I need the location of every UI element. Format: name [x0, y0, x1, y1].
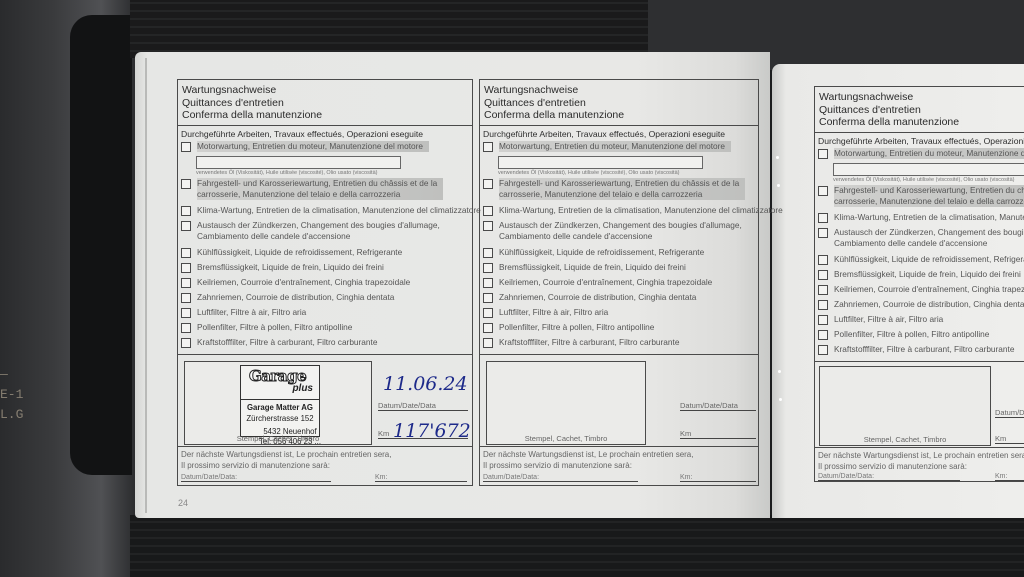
- stamp-street: Zürcherstrasse 152: [241, 413, 319, 424]
- stamp-area: Garage plus Garage Matter AG Zürcherstra…: [178, 354, 472, 446]
- garage-logo: Garage plus: [241, 366, 319, 400]
- checklist-label: Pollenfilter, Filtre à pollen, Filtro an…: [197, 322, 352, 333]
- checkbox[interactable]: [483, 206, 493, 216]
- checklist-label: Fahrgestell- und Karosseriewartung, Entr…: [197, 178, 443, 189]
- background-marks: — E-1 L.G: [0, 365, 23, 425]
- checklist-label: Zahnriemen, Courroie de distribution, Ci…: [499, 292, 696, 303]
- record-header: Wartungsnachweise Quittances d'entretien…: [480, 80, 758, 126]
- checklist-item[interactable]: Kraftstofffilter, Filtre à carburant, Fi…: [178, 337, 472, 348]
- checklist-label-cont: Cambiamento delle candele d'accensione: [834, 238, 1024, 249]
- checklist-item[interactable]: Zahnriemen, Courroie de distribution, Ci…: [178, 292, 472, 303]
- stamp-caption: Stempel, Cachet, Timbro: [820, 435, 990, 444]
- checklist-label: Bremsflüssigkeit, Liquide de frein, Liqu…: [834, 269, 1021, 280]
- checkbox[interactable]: [818, 186, 828, 196]
- checkbox[interactable]: [483, 308, 493, 318]
- checklist-label: Keilriemen, Courroie d'entraînement, Cin…: [834, 284, 1024, 295]
- checklist-item[interactable]: Kühlflüssigkeit, Liquide de refroidissem…: [815, 254, 1024, 265]
- checklist-item[interactable]: Motorwartung, Entretien du moteur, Manut…: [815, 148, 1024, 159]
- checklist-item[interactable]: Austausch der Zündkerzen, Changement des…: [815, 227, 1024, 249]
- checkbox[interactable]: [483, 221, 493, 231]
- checklist-item[interactable]: Klima-Wartung, Entretien de la climatisa…: [815, 212, 1024, 223]
- next-km-field[interactable]: Km:: [680, 474, 756, 482]
- checklist-label: Klima-Wartung, Entretien de la climatisa…: [197, 205, 481, 216]
- checkbox[interactable]: [818, 315, 828, 325]
- section-title: Durchgeführte Arbeiten, Travaux effectué…: [815, 133, 1024, 148]
- checkbox[interactable]: [181, 179, 191, 189]
- checkbox[interactable]: [483, 248, 493, 258]
- checklist-item[interactable]: Keilriemen, Courroie d'entraînement, Cin…: [480, 277, 758, 288]
- km-field[interactable]: Km: [680, 429, 756, 439]
- checklist-label: Zahnriemen, Courroie de distribution, Ci…: [197, 292, 394, 303]
- checklist-label: Luftfilter, Filtre à air, Filtro aria: [499, 307, 608, 318]
- checkbox[interactable]: [818, 285, 828, 295]
- next-service: Der nächste Wartungsdienst ist, Le proch…: [480, 446, 758, 486]
- checklist-item[interactable]: Klima-Wartung, Entretien de la climatisa…: [480, 205, 758, 216]
- checkbox[interactable]: [181, 278, 191, 288]
- handwritten-date[interactable]: 11.06.24: [383, 373, 468, 395]
- checklist-label-cont: Cambiamento delle candele d'accensione: [197, 231, 440, 242]
- background-fabric-bottom: [130, 515, 1024, 577]
- checkbox[interactable]: [818, 330, 828, 340]
- checkbox[interactable]: [181, 263, 191, 273]
- record-header: Wartungsnachweise Quittances d'entretien…: [178, 80, 472, 126]
- oil-viscosity-note: verwendetes Öl (Viskosität), Huile utili…: [498, 169, 758, 178]
- checklist-label-cont: carrosserie, Manutenzione del telaio e d…: [197, 189, 443, 200]
- checkbox[interactable]: [483, 338, 493, 348]
- next-service: Der nächste Wartungsdienst ist, Le proch…: [815, 447, 1024, 483]
- checklist-item[interactable]: Fahrgestell- und Karosseriewartung, Entr…: [480, 178, 758, 200]
- km-field[interactable]: Km: [378, 429, 468, 439]
- checklist-label: Klima-Wartung, Entretien de la climatisa…: [499, 205, 783, 216]
- next-km-field[interactable]: Km:: [375, 474, 467, 482]
- checklist-item[interactable]: Kühlflüssigkeit, Liquide de refroidissem…: [178, 247, 472, 258]
- checklist-item[interactable]: Fahrgestell- und Karosseriewartung, Entr…: [815, 185, 1024, 207]
- checkbox[interactable]: [181, 308, 191, 318]
- checklist-label: Kühlflüssigkeit, Liquide de refroidissem…: [197, 247, 402, 258]
- checklist-item[interactable]: Pollenfilter, Filtre à pollen, Filtro an…: [178, 322, 472, 333]
- checkbox[interactable]: [818, 255, 828, 265]
- stamp-caption: Stempel, Cachet, Timbro: [185, 434, 371, 443]
- checklist-item[interactable]: Kraftstofffilter, Filtre à carburant, Fi…: [815, 344, 1024, 355]
- checklist-item[interactable]: Kühlflüssigkeit, Liquide de refroidissem…: [480, 247, 758, 258]
- checklist-item[interactable]: Bremsflüssigkeit, Liquide de frein, Liqu…: [178, 262, 472, 273]
- maintenance-record-1: Wartungsnachweise Quittances d'entretien…: [177, 79, 473, 486]
- checklist-label: Pollenfilter, Filtre à pollen, Filtro an…: [499, 322, 654, 333]
- checklist-label: Motorwartung, Entretien du moteur, Manut…: [197, 141, 429, 152]
- checklist-item[interactable]: Luftfilter, Filtre à air, Filtro aria: [815, 314, 1024, 325]
- checklist-item[interactable]: Pollenfilter, Filtre à pollen, Filtro an…: [480, 322, 758, 333]
- checkbox[interactable]: [818, 149, 828, 159]
- checkbox[interactable]: [181, 248, 191, 258]
- checklist-item[interactable]: Zahnriemen, Courroie de distribution, Ci…: [815, 299, 1024, 310]
- checklist-label: Luftfilter, Filtre à air, Filtro aria: [834, 314, 943, 325]
- checklist-item[interactable]: Klima-Wartung, Entretien de la climatisa…: [178, 205, 472, 216]
- checklist-label: Fahrgestell- und Karosseriewartung, Entr…: [834, 185, 1024, 196]
- checklist-item[interactable]: Luftfilter, Filtre à air, Filtro aria: [480, 307, 758, 318]
- checklist-label: Kraftstofffilter, Filtre à carburant, Fi…: [499, 337, 679, 348]
- date-field[interactable]: Datum/Date/Data: [995, 408, 1024, 418]
- checkbox[interactable]: [483, 179, 493, 189]
- checklist-item[interactable]: Kraftstofffilter, Filtre à carburant, Fi…: [480, 337, 758, 348]
- checkbox[interactable]: [483, 263, 493, 273]
- staple-mark: [777, 184, 780, 187]
- record-header: Wartungsnachweise Quittances d'entretien…: [815, 87, 1024, 133]
- checkbox[interactable]: [181, 206, 191, 216]
- next-date-field[interactable]: Datum/Date/Data:: [818, 473, 960, 481]
- checkbox[interactable]: [818, 213, 828, 223]
- checklist-label: Fahrgestell- und Karosseriewartung, Entr…: [499, 178, 745, 189]
- checklist-label: Bremsflüssigkeit, Liquide de frein, Liqu…: [499, 262, 686, 273]
- checkbox[interactable]: [818, 228, 828, 238]
- checklist-item[interactable]: Bremsflüssigkeit, Liquide de frein, Liqu…: [815, 269, 1024, 280]
- page-number: 24: [178, 498, 188, 508]
- km-field[interactable]: Km: [995, 434, 1024, 444]
- checklist-label: Bremsflüssigkeit, Liquide de frein, Liqu…: [197, 262, 384, 273]
- maintenance-record-3: Wartungsnachweise Quittances d'entretien…: [814, 86, 1024, 482]
- checklist-label: Kühlflüssigkeit, Liquide de refroidissem…: [499, 247, 704, 258]
- checklist-item[interactable]: Fahrgestell- und Karosseriewartung, Entr…: [178, 178, 472, 200]
- background-slot: [70, 15, 132, 475]
- checklist-label: Motorwartung, Entretien du moteur, Manut…: [499, 141, 731, 152]
- oil-viscosity-input[interactable]: [498, 156, 703, 169]
- date-field[interactable]: Datum/Date/Data: [680, 401, 756, 411]
- checkbox[interactable]: [483, 293, 493, 303]
- oil-viscosity-note: verwendetes Öl (Viskosität), Huile utili…: [833, 176, 1024, 185]
- checklist-label: Kraftstofffilter, Filtre à carburant, Fi…: [834, 344, 1014, 355]
- oil-viscosity-input[interactable]: [833, 163, 1024, 176]
- checklist-label: Austausch der Zündkerzen, Changement des…: [499, 220, 742, 231]
- staple-mark: [778, 370, 781, 373]
- checkbox[interactable]: [818, 345, 828, 355]
- checklist-label-cont: carrosserie, Manutenzione del telaio e d…: [499, 189, 745, 200]
- checklist-item[interactable]: Pollenfilter, Filtre à pollen, Filtro an…: [815, 329, 1024, 340]
- checkbox[interactable]: [818, 270, 828, 280]
- stamp-area: Stempel, Cachet, Timbro Datum/Date/Data …: [815, 361, 1024, 447]
- checklist-item[interactable]: Bremsflüssigkeit, Liquide de frein, Liqu…: [480, 262, 758, 273]
- checklist-label: Keilriemen, Courroie d'entraînement, Cin…: [499, 277, 712, 288]
- checklist-item[interactable]: Keilriemen, Courroie d'entraînement, Cin…: [815, 284, 1024, 295]
- oil-viscosity-note: verwendetes Öl (Viskosität), Huile utili…: [196, 169, 472, 178]
- section-title: Durchgeführte Arbeiten, Travaux effectué…: [178, 126, 472, 141]
- stamp-box: Garage plus Garage Matter AG Zürcherstra…: [184, 361, 372, 445]
- checkbox[interactable]: [181, 323, 191, 333]
- checklist-item[interactable]: Motorwartung, Entretien du moteur, Manut…: [480, 141, 758, 152]
- background-fabric-top: [130, 0, 650, 58]
- checklist-label: Motorwartung, Entretien du moteur, Manut…: [834, 148, 1024, 159]
- staple-mark: [776, 156, 779, 159]
- checkbox[interactable]: [181, 338, 191, 348]
- checklist-label: Pollenfilter, Filtre à pollen, Filtro an…: [834, 329, 989, 340]
- date-field[interactable]: Datum/Date/Data: [378, 401, 468, 411]
- checklist-label: Zahnriemen, Courroie de distribution, Ci…: [834, 299, 1024, 310]
- stamp-box: Stempel, Cachet, Timbro: [486, 361, 646, 445]
- checkbox[interactable]: [181, 293, 191, 303]
- next-date-field[interactable]: Datum/Date/Data:: [181, 474, 331, 482]
- checklist-label-cont: Cambiamento delle candele d'accensione: [499, 231, 742, 242]
- checklist-label: Klima-Wartung, Entretien de la climatisa…: [834, 212, 1024, 223]
- checkbox[interactable]: [818, 300, 828, 310]
- staple-mark: [779, 398, 782, 401]
- checkbox[interactable]: [181, 142, 191, 152]
- stamp-area: Stempel, Cachet, Timbro Datum/Date/Data …: [480, 354, 758, 446]
- checklist-label: Austausch der Zündkerzen, Changement des…: [197, 220, 440, 231]
- checkbox[interactable]: [181, 221, 191, 231]
- checklist-label: Keilriemen, Courroie d'entraînement, Cin…: [197, 277, 410, 288]
- checkbox[interactable]: [483, 323, 493, 333]
- checkbox[interactable]: [483, 278, 493, 288]
- oil-viscosity-input[interactable]: [196, 156, 401, 169]
- checklist-item[interactable]: Austausch der Zündkerzen, Changement des…: [480, 220, 758, 242]
- checklist-label: Kraftstofffilter, Filtre à carburant, Fi…: [197, 337, 377, 348]
- page-edge: [145, 58, 147, 513]
- section-title: Durchgeführte Arbeiten, Travaux effectué…: [480, 126, 758, 141]
- checklist-item[interactable]: Keilriemen, Courroie d'entraînement, Cin…: [178, 277, 472, 288]
- checklist-label: Kühlflüssigkeit, Liquide de refroidissem…: [834, 254, 1024, 265]
- checklist-item[interactable]: Motorwartung, Entretien du moteur, Manut…: [178, 141, 472, 152]
- checklist-label-cont: carrosserie, Manutenzione del telaio e d…: [834, 196, 1024, 207]
- stamp-company: Garage Matter AG: [241, 402, 319, 413]
- next-service: Der nächste Wartungsdienst ist, Le proch…: [178, 446, 472, 486]
- checklist-label: Austausch der Zündkerzen, Changement des…: [834, 227, 1024, 238]
- next-date-field[interactable]: Datum/Date/Data:: [483, 474, 638, 482]
- next-km-field[interactable]: Km:: [995, 473, 1024, 481]
- checklist-item[interactable]: Zahnriemen, Courroie de distribution, Ci…: [480, 292, 758, 303]
- checklist-item[interactable]: Austausch der Zündkerzen, Changement des…: [178, 220, 472, 242]
- maintenance-record-2: Wartungsnachweise Quittances d'entretien…: [479, 79, 759, 486]
- stamp-box: Stempel, Cachet, Timbro: [819, 366, 991, 446]
- checkbox[interactable]: [483, 142, 493, 152]
- stamp-caption: Stempel, Cachet, Timbro: [487, 434, 645, 443]
- checklist-label: Luftfilter, Filtre à air, Filtro aria: [197, 307, 306, 318]
- checklist-item[interactable]: Luftfilter, Filtre à air, Filtro aria: [178, 307, 472, 318]
